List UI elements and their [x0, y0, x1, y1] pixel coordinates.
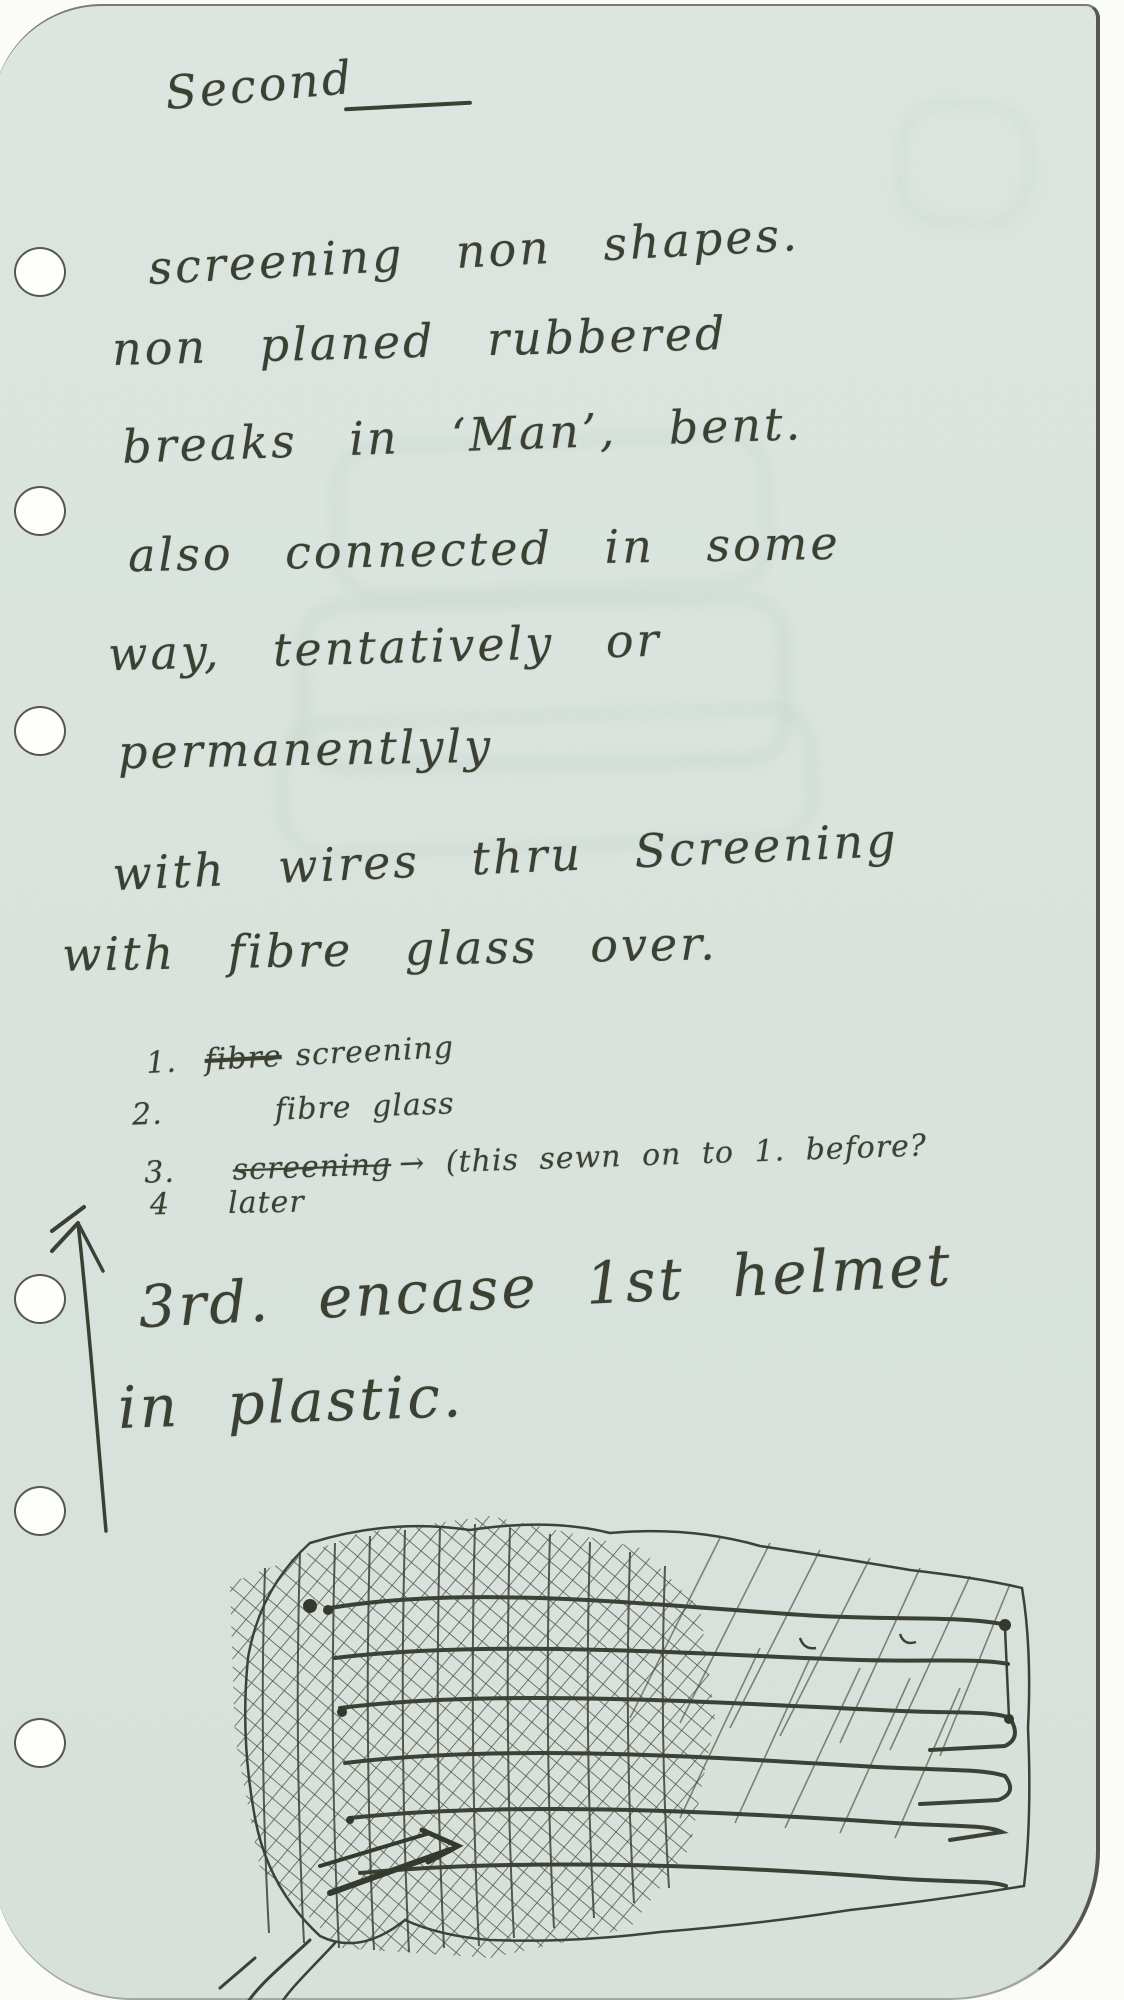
list-item: 3. screening → (this sewn on to 1. befor…	[144, 1128, 928, 1190]
handwritten-line: screening non shapes.	[147, 207, 801, 295]
punch-hole	[14, 1718, 66, 1768]
list-item: 4 later	[150, 1185, 305, 1223]
pen-stroke	[344, 101, 472, 112]
handwritten-line: 3rd. encase 1st helmet	[137, 1231, 955, 1342]
list-number: 3.	[144, 1155, 176, 1191]
punch-hole	[14, 247, 66, 297]
list-text: fibre glass	[274, 1086, 455, 1127]
handwritten-line: non planed rubbered	[111, 306, 728, 376]
list-number: 2.	[131, 1097, 163, 1133]
wire-connector	[1005, 1628, 1009, 1718]
handwritten-line: in plastic.	[117, 1362, 465, 1442]
list-text: screening	[295, 1030, 455, 1073]
wire-hooks	[800, 1634, 916, 1648]
punch-hole	[14, 706, 66, 756]
notebook-page: Second screening non shapes. non planed …	[0, 4, 1100, 2000]
heading-line: Second	[163, 50, 356, 120]
list-item: 2. fibre glass	[131, 1086, 455, 1132]
handwritten-line: with fibre glass over.	[62, 916, 719, 981]
punch-hole	[14, 486, 66, 536]
list-number: 1.	[145, 1044, 177, 1081]
helmet-screening-sketch	[160, 1488, 1080, 2000]
sketch-tail	[220, 1940, 335, 2000]
list-item: 1. fibre screening	[145, 1030, 455, 1081]
list-number: 4	[150, 1187, 171, 1222]
struck-word: screening	[232, 1147, 392, 1188]
list-text: → (this sewn on to 1. before?	[399, 1128, 928, 1181]
struck-word: fibre	[204, 1039, 283, 1078]
showthrough-mark	[894, 98, 1036, 231]
list-text: later	[228, 1185, 305, 1221]
handwritten-line: permanentlyly	[118, 719, 494, 780]
up-arrow-icon	[48, 1191, 138, 1541]
